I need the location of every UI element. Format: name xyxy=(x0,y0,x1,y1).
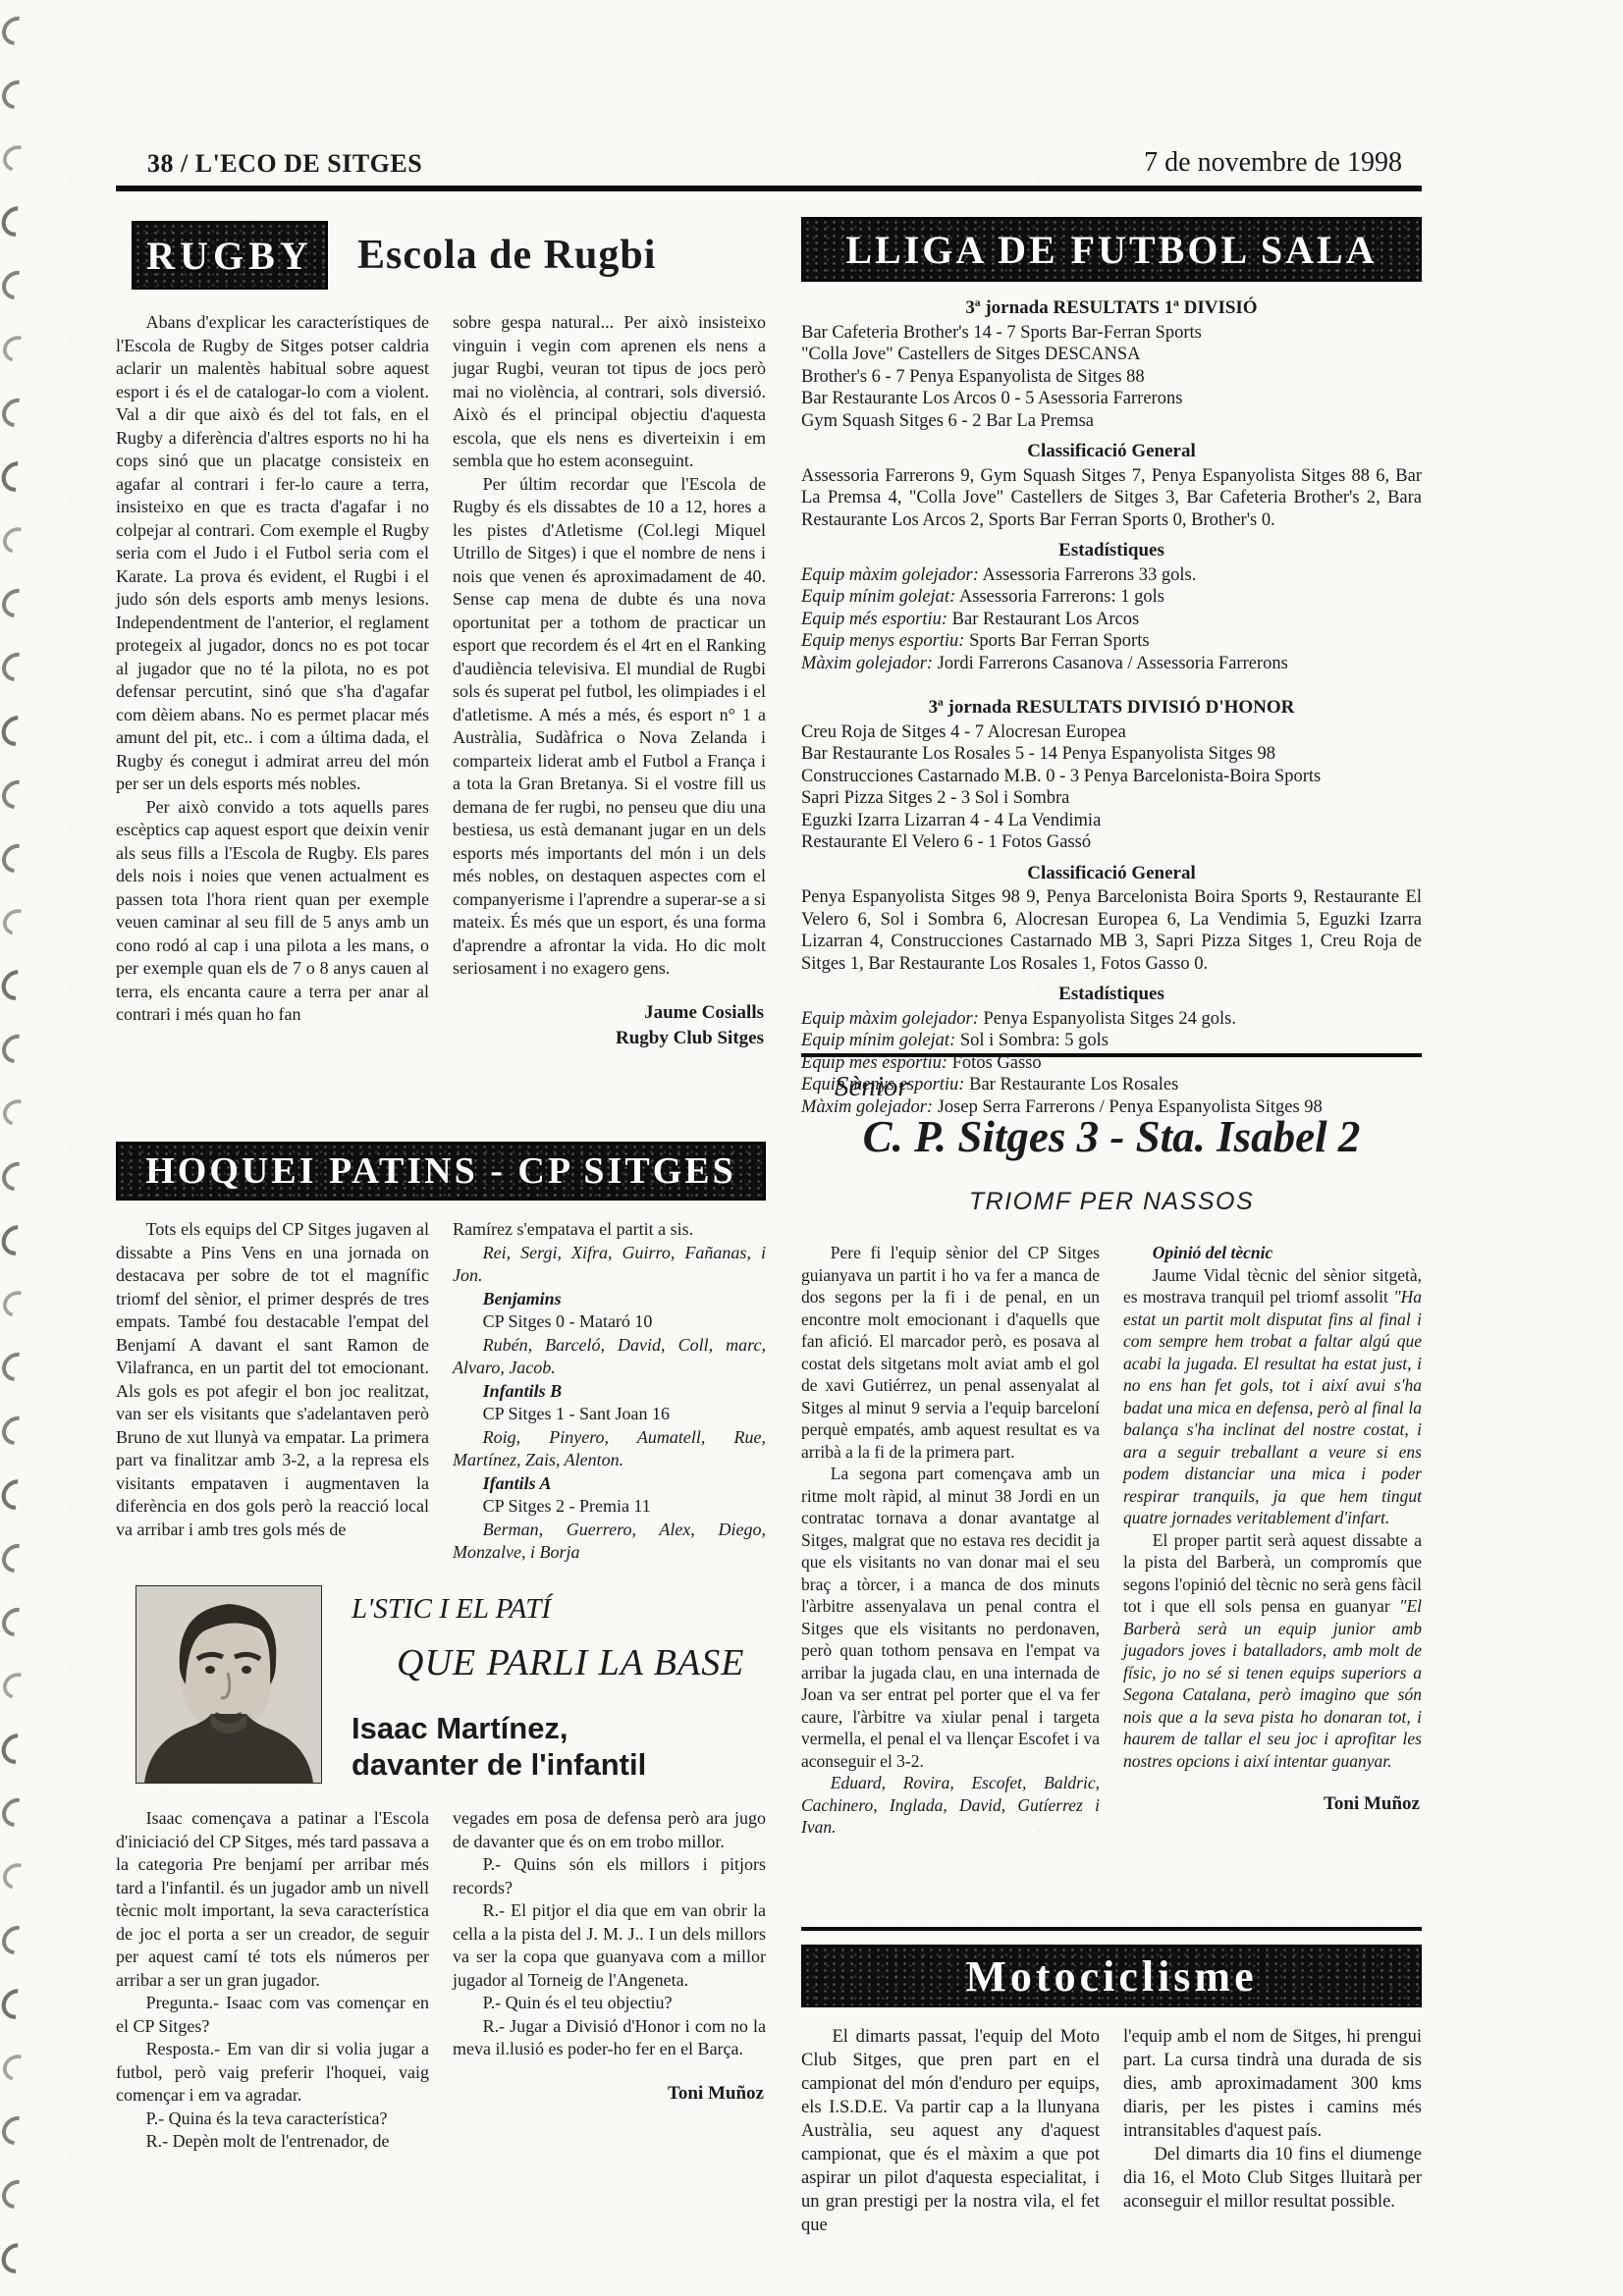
senior-match-section: Sènior C. P. Sitges 3 - Sta. Isabel 2 TR… xyxy=(801,1071,1422,1917)
match-result-line: Bar Cafeteria Brother's 14 - 7 Sports Ba… xyxy=(801,322,1422,345)
stat-label: Equip mínim golejat: xyxy=(801,1031,955,1050)
stat-label: Equip màxim golejador: xyxy=(801,1009,979,1029)
hoquei-player-names: Rei, Sergi, Xifra, Guirro, Fañanas, i Jo… xyxy=(453,1242,766,1288)
binding-coil-mark xyxy=(0,2237,38,2279)
stat-label: Màxim golejador: xyxy=(801,654,933,673)
hoquei-column-2: Ramírez s'empatava el partit a sis. Rei,… xyxy=(453,1218,766,1565)
binding-coil-mark xyxy=(0,838,37,879)
division1-stats: Equip màxim golejador: Assessoria Farrer… xyxy=(801,564,1422,675)
interview-column-2: vegades em posa de defensa però ara jugo… xyxy=(453,1807,766,2154)
stat-label: Equip més esportiu: xyxy=(801,1053,947,1073)
senior-paragraph: La segona part començava amb un ritme mo… xyxy=(801,1463,1100,1772)
interview-answer: Resposta.- Em van dir si volia jugar a f… xyxy=(116,2038,429,2108)
coach-quote: "El Barberà serà un equip junior amb jug… xyxy=(1123,1596,1422,1771)
division1-results: Bar Cafeteria Brother's 14 - 7 Sports Ba… xyxy=(801,322,1422,433)
binding-coil-mark xyxy=(0,1668,35,1703)
honor-standings: Penya Espanyolista Sitges 98 9, Penya Ba… xyxy=(801,886,1422,975)
hoquei-column-1: Tots els equips del CP Sitges jugaven al… xyxy=(116,1218,429,1565)
signature-name: Jaume Cosialls xyxy=(644,1002,764,1023)
interview-question: P.- Quins són els millors i pitjors reco… xyxy=(453,1853,766,1899)
hoquei-paragraph: Tots els equips del CP Sitges jugaven al… xyxy=(116,1218,429,1541)
stat-value: Fotos Gassó xyxy=(952,1053,1042,1073)
rugby-column-1: Abans d'explicar les característiques de… xyxy=(116,311,429,1051)
binding-coil-mark xyxy=(0,1095,35,1131)
signature-org: Rugby Club Sitges xyxy=(616,1028,764,1048)
subject-name: Isaac Martínez, xyxy=(352,1711,568,1745)
portrait-illustration xyxy=(136,1586,321,1783)
binding-coil-mark xyxy=(0,710,38,752)
futbol-sala-section-bar: LLIGA DE FUTBOL SALA xyxy=(801,217,1422,282)
binding-coil-mark xyxy=(0,455,38,498)
newspaper-page: 38 / L'ECO DE SITGES 7 de novembre de 19… xyxy=(0,0,1623,2296)
hoquei-match-block: Benjamins CP Sitges 0 - Mataró 10 Rubén,… xyxy=(453,1288,766,1380)
rugby-paragraph: sobre gespa natural... Per això insistei… xyxy=(453,311,766,473)
senior-paragraph: Pere fi l'equip sènior del CP Sitges gui… xyxy=(801,1242,1100,1463)
binding-coil-mark xyxy=(0,393,37,433)
match-result: CP Sitges 1 - Sant Joan 16 xyxy=(453,1403,766,1426)
honor-stats-title: Estadístiques xyxy=(801,984,1422,1006)
isaac-martinez-photo xyxy=(135,1585,322,1784)
rugby-signature: Jaume Cosialls Rugby Club Sitges xyxy=(453,1000,764,1051)
binding-coil-mark xyxy=(0,2050,35,2085)
senior-paragraph: Jaume Vidal tècnic del sènior sitgetà, e… xyxy=(1123,1264,1422,1529)
binding-coil-mark xyxy=(0,2110,37,2151)
binding-coil-mark xyxy=(0,1728,38,1770)
interview-question: Pregunta.- Isaac com vas començar en el … xyxy=(116,1992,429,2038)
senior-paragraph: El proper partit serà aquest dissabte a … xyxy=(1123,1529,1422,1773)
moto-paragraph: Del dimarts dia 10 fins el diumenge dia … xyxy=(1123,2143,1422,2214)
binding-coil-mark xyxy=(0,1219,38,1261)
spiral-binding xyxy=(3,16,44,2273)
stat-label: Equip menys esportiu: xyxy=(801,631,964,651)
rugby-section: RUGBY Escola de Rugbi Abans d'explicar l… xyxy=(116,221,766,1142)
stat-label: Equip màxim golejador: xyxy=(801,565,979,585)
binding-coil-mark xyxy=(0,1347,37,1387)
interview-column-1: Isaac començava a patinar a l'Escola d'i… xyxy=(116,1807,429,2154)
binding-coil-mark xyxy=(0,1538,37,1578)
interview-question: P.- Quina és la teva característica? xyxy=(116,2108,429,2131)
stat-value: Penya Espanyolista Sitges 24 gols. xyxy=(984,1009,1236,1029)
left-column-group: RUGBY Escola de Rugbi Abans d'explicar l… xyxy=(116,217,766,2237)
binding-coil-mark xyxy=(0,1473,38,1516)
stat-line: Màxim golejador: Jordi Farrerons Casanov… xyxy=(801,653,1422,675)
section-divider-rule xyxy=(801,1927,1422,1931)
stat-value: Jordi Farrerons Casanova / Assessoria Fa… xyxy=(938,654,1288,673)
stat-line: Equip més esportiu: Bar Restaurant Los A… xyxy=(801,609,1422,631)
moto-paragraph: l'equip amb el nom de Sitges, hi prengui… xyxy=(1123,2025,1422,2143)
binding-coil-mark xyxy=(0,1602,37,1642)
rugby-paragraph: Per això convido a tots aquells pares es… xyxy=(116,796,429,1027)
stat-value: Bar Restaurant Los Arcos xyxy=(952,610,1140,629)
interview-answer: R.- Jugar a Divisió d'Honor i com no la … xyxy=(453,2015,766,2061)
main-columns: RUGBY Escola de Rugbi Abans d'explicar l… xyxy=(116,217,1422,2237)
binding-coil-mark xyxy=(0,774,37,815)
stat-line: Equip màxim golejador: Assessoria Farrer… xyxy=(801,564,1422,587)
match-result-line: Brother's 6 - 7 Penya Espanyolista de Si… xyxy=(801,366,1422,389)
stat-line: Equip mínim golejat: Sol i Sombra: 5 gol… xyxy=(801,1030,1422,1052)
match-result-line: Bar Restaurante Los Rosales 5 - 14 Penya… xyxy=(801,743,1422,766)
rugby-column-2: sobre gespa natural... Per això insistei… xyxy=(453,311,766,1051)
binding-coil-mark xyxy=(0,522,35,558)
binding-coil-mark xyxy=(0,1411,37,1451)
match-result: CP Sitges 0 - Mataró 10 xyxy=(453,1310,766,1334)
interview-paragraph: Isaac començava a patinar a l'Escola d'i… xyxy=(116,1807,429,1992)
interview-answer: R.- Depèn molt de l'entrenador, de xyxy=(116,2130,429,2154)
senior-lineup: Eduard, Rovira, Escofet, Baldric, Cachin… xyxy=(801,1772,1100,1839)
match-players: Berman, Guerrero, Alex, Diego, Monzalve,… xyxy=(453,1519,766,1565)
match-result-line: "Colla Jove" Castellers de Sitges DESCAN… xyxy=(801,344,1422,366)
subject-role: davanter de l'infantil xyxy=(352,1747,646,1782)
match-players: Roig, Pinyero, Aumatell, Rue, Martínez, … xyxy=(453,1426,766,1472)
binding-coil-mark xyxy=(0,11,37,51)
futbol-sala-section: LLIGA DE FUTBOL SALA 3ª jornada RESULTAT… xyxy=(801,217,1422,1043)
rugby-headline: Escola de Rugbi xyxy=(357,232,656,279)
stat-line: Equip màxim golejador: Penya Espanyolist… xyxy=(801,1008,1422,1031)
match-result-line: Construcciones Castarnado M.B. 0 - 3 Pen… xyxy=(801,766,1422,788)
match-category: Ifantils A xyxy=(453,1472,766,1496)
match-result-line: Eguzki Izarra Lizarran 4 - 4 La Vendimia xyxy=(801,810,1422,832)
hoquei-patins-section: HOQUEI PATINS - CP SITGES Tots els equip… xyxy=(116,1142,766,1585)
binding-coil-mark xyxy=(0,583,37,623)
coach-quote: "Ha estat un partit molt disputat fins a… xyxy=(1123,1287,1422,1527)
page-number-title: 38 / L'ECO DE SITGES xyxy=(147,149,422,179)
match-result-line: Restaurante El Velero 6 - 1 Fotos Gassó xyxy=(801,831,1422,854)
moto-column-2: l'equip amb el nom de Sitges, hi prengui… xyxy=(1123,2025,1422,2237)
match-result-line: Sapri Pizza Sitges 2 - 3 Sol i Sombra xyxy=(801,787,1422,810)
binding-coil-mark xyxy=(0,1982,38,2024)
division1-standings: Assessoria Farrerons 9, Gym Squash Sitge… xyxy=(801,465,1422,532)
binding-coil-mark xyxy=(0,1286,35,1321)
match-result-line: Creu Roja de Sitges 4 - 7 Alocresan Euro… xyxy=(801,721,1422,744)
paragraph-lead: Jaume Vidal tècnic del sènior sitgetà, e… xyxy=(1123,1265,1422,1308)
senior-score-headline: C. P. Sitges 3 - Sta. Isabel 2 xyxy=(801,1111,1422,1162)
masthead: 38 / L'ECO DE SITGES 7 de novembre de 19… xyxy=(116,147,1422,191)
senior-subheadline: TRIOMF PER NASSOS xyxy=(801,1188,1422,1216)
stat-value: Assessoria Farrerons 33 gols. xyxy=(982,565,1196,585)
rugby-paragraph: Per últim recordar que l'Escola de Rugby… xyxy=(453,473,766,981)
hoquei-paragraph: Ramírez s'empatava el partit a sis. xyxy=(453,1218,766,1242)
binding-coil-mark xyxy=(0,332,35,367)
stat-value: Sol i Sombra: 5 gols xyxy=(960,1031,1109,1050)
interview-question: P.- Quin és el teu objectiu? xyxy=(453,1992,766,2015)
match-result-line: Gym Squash Sitges 6 - 2 Bar La Premsa xyxy=(801,410,1422,433)
moto-column-1: El dimarts passat, l'equip del Moto Club… xyxy=(801,2025,1100,2237)
hoquei-body: Tots els equips del CP Sitges jugaven al… xyxy=(116,1218,766,1565)
binding-coil-mark xyxy=(0,2174,37,2215)
paragraph-lead: El proper partit serà aquest dissabte a … xyxy=(1123,1530,1422,1617)
rugby-body: Abans d'explicar les característiques de… xyxy=(116,311,766,1051)
interview-section: L'STIC I EL PATÍ QUE PARLI LA BASE Isaac… xyxy=(116,1585,766,2154)
interview-paragraph: vegades em posa de defensa però ara jugo… xyxy=(453,1807,766,1853)
interview-answer: R.- El pitjor el dia que em van obrir la… xyxy=(453,1899,766,1992)
rugby-section-tag: RUGBY xyxy=(132,221,328,290)
interview-title: QUE PARLI LA BASE xyxy=(397,1641,766,1684)
stat-line: Equip menys esportiu: Sports Bar Ferran … xyxy=(801,630,1422,653)
hoquei-match-list: Benjamins CP Sitges 0 - Mataró 10 Rubén,… xyxy=(453,1288,766,1565)
page-content: 38 / L'ECO DE SITGES 7 de novembre de 19… xyxy=(116,147,1422,2237)
binding-coil-mark xyxy=(0,964,38,1006)
division1-stats-title: Estadístiques xyxy=(801,540,1422,562)
motociclisme-body: El dimarts passat, l'equip del Moto Club… xyxy=(801,2025,1422,2237)
honor-results-title: 3ª jornada RESULTATS DIVISIÓ D'HONOR xyxy=(801,697,1422,720)
motociclisme-section-bar: Motociclisme xyxy=(801,1945,1422,2007)
stat-line: Equip mínim golejat: Assessoria Farreron… xyxy=(801,586,1422,609)
stat-value: Assessoria Farrerons: 1 gols xyxy=(959,587,1164,607)
match-category: Benjamins xyxy=(453,1288,766,1311)
hoquei-match-block: Ifantils A CP Sitges 2 - Premia 11 Berma… xyxy=(453,1472,766,1565)
match-result: CP Sitges 2 - Premia 11 xyxy=(453,1495,766,1519)
stat-label: Equip mínim golejat: xyxy=(801,587,955,607)
honor-standings-title: Classificació General xyxy=(801,863,1422,885)
hoquei-match-block: Infantils B CP Sitges 1 - Sant Joan 16 R… xyxy=(453,1380,766,1472)
binding-coil-mark xyxy=(0,265,37,305)
interview-header: L'STIC I EL PATÍ QUE PARLI LA BASE Isaac… xyxy=(116,1585,766,1784)
rugby-header: RUGBY Escola de Rugbi xyxy=(116,221,766,290)
division1-standings-title: Classificació General xyxy=(801,441,1422,463)
stat-value: Bar Restaurante Los Rosales xyxy=(969,1075,1178,1095)
binding-coil-mark xyxy=(0,1858,35,1894)
stat-label: Equip més esportiu: xyxy=(801,610,947,629)
binding-coil-mark xyxy=(0,75,37,115)
senior-signature: Toni Muñoz xyxy=(1123,1791,1420,1817)
interview-body: Isaac començava a patinar a l'Escola d'i… xyxy=(116,1807,766,2154)
interview-kicker: L'STIC I EL PATÍ xyxy=(352,1593,766,1626)
binding-coil-mark xyxy=(0,1792,37,1833)
page-date: 7 de novembre de 1998 xyxy=(1144,147,1412,179)
binding-coil-mark xyxy=(0,647,37,687)
division1-results-title: 3ª jornada RESULTATS 1ª DIVISIÓ xyxy=(801,297,1422,320)
senior-column-2: Opinió del tècnic Jaume Vidal tècnic del… xyxy=(1123,1242,1422,1839)
interview-subject: Isaac Martínez, davanter de l'infantil xyxy=(352,1710,766,1783)
coach-opinion-title: Opinió del tècnic xyxy=(1123,1242,1422,1264)
binding-coil-mark xyxy=(0,904,35,939)
rugby-paragraph: Abans d'explicar les característiques de… xyxy=(116,311,429,796)
match-players: Rubén, Barceló, David, Coll, marc, Alvar… xyxy=(453,1334,766,1380)
honor-results: Creu Roja de Sitges 4 - 7 Alocresan Euro… xyxy=(801,721,1422,854)
match-category: Infantils B xyxy=(453,1380,766,1404)
futbol-sala-body: 3ª jornada RESULTATS 1ª DIVISIÓ Bar Cafe… xyxy=(801,297,1422,1118)
senior-column-1: Pere fi l'equip sènior del CP Sitges gui… xyxy=(801,1242,1100,1839)
moto-paragraph: El dimarts passat, l'equip del Moto Club… xyxy=(801,2025,1100,2237)
right-column-group: LLIGA DE FUTBOL SALA 3ª jornada RESULTAT… xyxy=(801,217,1422,2237)
interview-signature: Toni Muñoz xyxy=(453,2081,764,2107)
binding-coil-mark xyxy=(0,140,35,176)
binding-coil-mark xyxy=(0,1920,37,1960)
match-result-line: Bar Restaurante Los Arcos 0 - 5 Asessori… xyxy=(801,388,1422,410)
motociclisme-section: Motociclisme El dimarts passat, l'equip … xyxy=(801,1945,1422,2237)
binding-coil-mark xyxy=(0,1029,37,1069)
senior-body: Pere fi l'equip sènior del CP Sitges gui… xyxy=(801,1242,1422,1839)
binding-coil-mark xyxy=(0,200,38,242)
binding-coil-mark xyxy=(0,1156,37,1197)
stat-value: Sports Bar Ferran Sports xyxy=(969,631,1149,651)
hoquei-section-bar: HOQUEI PATINS - CP SITGES xyxy=(116,1142,766,1201)
interview-titles: L'STIC I EL PATÍ QUE PARLI LA BASE Isaac… xyxy=(352,1585,766,1784)
